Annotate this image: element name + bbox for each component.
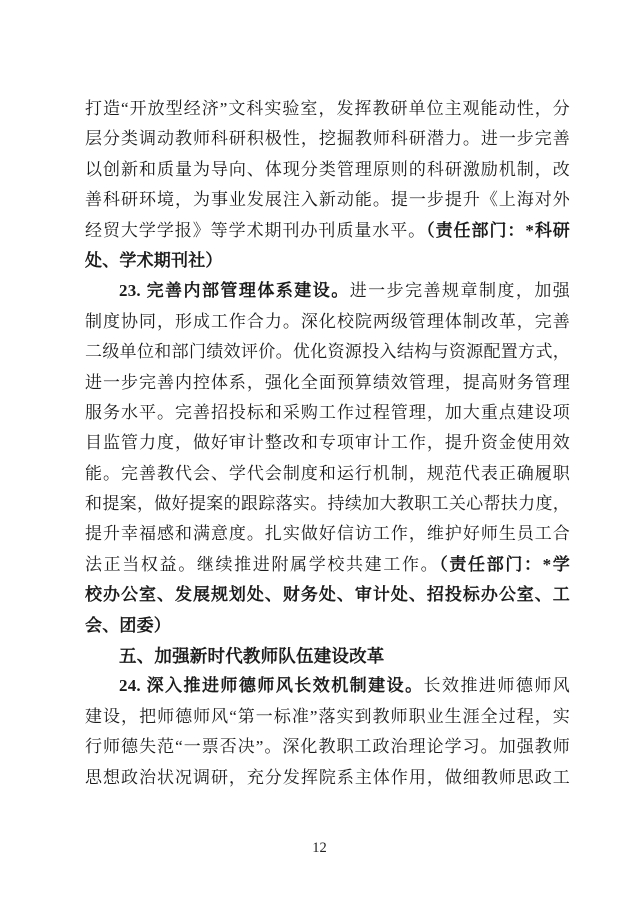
text-run: 二级单位和部门绩效评价。优化资源投入结构与资源配置方式， xyxy=(85,342,570,361)
text-line: 进一步完善内控体系，强化全面预算绩效管理，提高财务管理 xyxy=(85,368,570,398)
text-run: 制度协同，形成工作合力。深化校院两级管理体制改革，完善 xyxy=(85,312,570,331)
text-line: 24. 深入推进师德师风长效机制建设。长效推进师德师风 xyxy=(85,671,570,701)
text-run: 提升幸福感和满意度。扎实做好信访工作，维护好师生员工合 xyxy=(85,524,570,543)
text-line: 层分类调动教师科研积极性，挖掘教师科研潜力。进一步完善 xyxy=(85,124,570,154)
text-run: 长效推进师德师风 xyxy=(424,676,570,695)
text-line: 建设，把师德师风“第一标准”落实到教师职业生涯全过程，实 xyxy=(85,702,570,732)
text-line: 会、团委） xyxy=(85,611,570,641)
text-run: 行师德失范“一票否决”。深化教职工政治理论学习。加强教师 xyxy=(85,737,570,756)
page-number: 12 xyxy=(0,840,639,857)
text-line: 以创新和质量为导向、体现分类管理原则的科研激励机制，改 xyxy=(85,155,570,185)
text-run: 善科研环境，为事业发展注入新动能。提一步提升《上海对外 xyxy=(85,190,570,209)
bold-text-run: 24. 深入推进师德师风长效机制建设。 xyxy=(119,676,424,695)
text-line: 二级单位和部门绩效评价。优化资源投入结构与资源配置方式， xyxy=(85,337,570,367)
text-line: 善科研环境，为事业发展注入新动能。提一步提升《上海对外 xyxy=(85,185,570,215)
bold-text-run: （责任部门：*科研 xyxy=(426,221,570,240)
bold-text-run: 五、加强新时代教师队伍建设改革 xyxy=(119,646,385,666)
text-line: 经贸大学学报》等学术期刊办刊质量水平。（责任部门：*科研 xyxy=(85,216,570,246)
text-line: 打造“开放型经济”文科实验室，发挥教研单位主观能动性，分 xyxy=(85,94,570,124)
text-line: 行师德失范“一票否决”。深化教职工政治理论学习。加强教师 xyxy=(85,732,570,762)
text-run: 进一步完善内控体系，强化全面预算绩效管理，提高财务管理 xyxy=(85,373,570,392)
text-line: 能。完善教代会、学代会制度和运行机制，规范代表正确履职 xyxy=(85,459,570,489)
text-line: 和提案，做好提案的跟踪落实。持续加大教职工关心帮扶力度， xyxy=(85,489,570,519)
text-line: 思想政治状况调研，充分发挥院系主体作用，做细教师思政工 xyxy=(85,763,570,793)
text-line: 目监管力度，做好审计整改和专项审计工作，提升资金使用效 xyxy=(85,428,570,458)
text-line: 法正当权益。继续推进附属学校共建工作。（责任部门：*学 xyxy=(85,550,570,580)
text-run: 以创新和质量为导向、体现分类管理原则的科研激励机制，改 xyxy=(85,160,570,179)
document-body: 打造“开放型经济”文科实验室，发挥教研单位主观能动性，分层分类调动教师科研积极性… xyxy=(85,94,570,793)
text-line: 服务水平。完善招投标和采购工作过程管理，加大重点建设项 xyxy=(85,398,570,428)
text-run: 经贸大学学报》等学术期刊办刊质量水平。 xyxy=(85,221,426,240)
text-run: 和提案，做好提案的跟踪落实。持续加大教职工关心帮扶力度， xyxy=(85,494,570,513)
text-line: 制度协同，形成工作合力。深化校院两级管理体制改革，完善 xyxy=(85,307,570,337)
bold-text-run: 会、团委） xyxy=(85,616,171,635)
text-line: 校办公室、发展规划处、财务处、审计处、招投标办公室、工 xyxy=(85,580,570,610)
text-run: 进一步完善规章制度，加强 xyxy=(350,281,570,300)
text-run: 目监管力度，做好审计整改和专项审计工作，提升资金使用效 xyxy=(85,433,570,452)
bold-text-run: 校办公室、发展规划处、财务处、审计处、招投标办公室、工 xyxy=(85,585,570,604)
text-line: 23. 完善内部管理体系建设。进一步完善规章制度，加强 xyxy=(85,276,570,306)
bold-text-run: 23. 完善内部管理体系建设。 xyxy=(119,281,350,300)
bold-text-run: （责任部门：*学 xyxy=(439,555,570,574)
text-run: 打造“开放型经济”文科实验室，发挥教研单位主观能动性，分 xyxy=(85,99,570,118)
text-line: 处、学术期刊社） xyxy=(85,246,570,276)
text-line: 提升幸福感和满意度。扎实做好信访工作，维护好师生员工合 xyxy=(85,519,570,549)
document-page: 打造“开放型经济”文科实验室，发挥教研单位主观能动性，分层分类调动教师科研积极性… xyxy=(0,0,639,905)
text-run: 能。完善教代会、学代会制度和运行机制，规范代表正确履职 xyxy=(85,464,570,483)
text-run: 服务水平。完善招投标和采购工作过程管理，加大重点建设项 xyxy=(85,403,570,422)
text-run: 层分类调动教师科研积极性，挖掘教师科研潜力。进一步完善 xyxy=(85,129,570,148)
section-heading: 五、加强新时代教师队伍建设改革 xyxy=(85,641,570,671)
text-run: 建设，把师德师风“第一标准”落实到教师职业生涯全过程，实 xyxy=(85,707,570,726)
bold-text-run: 处、学术期刊社） xyxy=(85,251,223,270)
text-run: 思想政治状况调研，充分发挥院系主体作用，做细教师思政工 xyxy=(85,768,570,787)
text-run: 法正当权益。继续推进附属学校共建工作。 xyxy=(85,555,439,574)
